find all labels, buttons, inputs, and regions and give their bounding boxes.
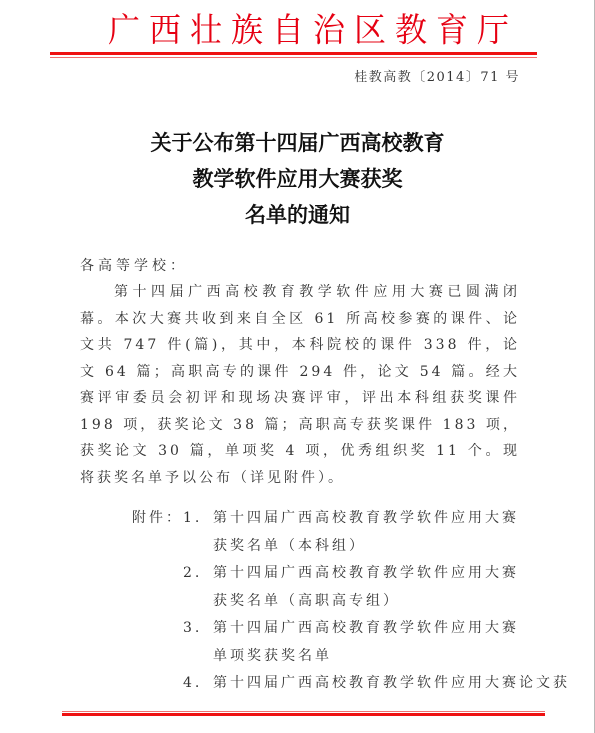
attachment-number: 1. [183, 505, 213, 560]
red-rule-thick [62, 713, 545, 716]
attachment-item: 3. 第十四届广西高校教育教学软件应用大赛单项奖获奖名单 [108, 615, 528, 670]
salutation: 各高等学校： [80, 253, 520, 280]
title-line: 名单的通知 [0, 197, 595, 233]
attachment-title: 第十四届广西高校教育教学软件应用大赛获奖名单（高职高专组） [213, 560, 528, 615]
attachment-number: 2. [183, 560, 213, 615]
attachment-number: 3. [183, 615, 213, 670]
attachment-item: 附件： 1. 第十四届广西高校教育教学软件应用大赛获奖名单（本科组） [108, 505, 528, 560]
title-line: 关于公布第十四届广西高校教育 [0, 125, 595, 161]
attachment-number: 4. [183, 670, 213, 698]
document-number: 桂教高教〔2014〕71 号 [354, 66, 520, 85]
attachment-item: 2. 第十四届广西高校教育教学软件应用大赛获奖名单（高职高专组） [108, 560, 528, 615]
attachments-list: 附件： 1. 第十四届广西高校教育教学软件应用大赛获奖名单（本科组） 2. 第十… [108, 505, 528, 698]
header-red-rule [50, 52, 537, 58]
organization-header: 广西壮族自治区教育厅 [108, 7, 488, 53]
footer-red-rule [62, 711, 545, 717]
attachment-title: 第十四届广西高校教育教学软件应用大赛获奖名单（本科组） [213, 505, 528, 560]
body-paragraph: 第十四届广西高校教育教学软件应用大赛已圆满闭幕。本次大赛共收到来自全区 61 所… [80, 279, 520, 491]
title-line: 教学软件应用大赛获奖 [0, 161, 595, 197]
attachment-indent [108, 670, 183, 698]
attachments-label: 附件： [108, 505, 183, 560]
attachment-item: 4. 第十四届广西高校教育教学软件应用大赛论文获 [108, 670, 528, 698]
attachment-indent [108, 615, 183, 670]
attachment-indent [108, 560, 183, 615]
document-title: 关于公布第十四届广西高校教育 教学软件应用大赛获奖 名单的通知 [0, 125, 595, 233]
attachment-title: 第十四届广西高校教育教学软件应用大赛论文获 [213, 670, 570, 698]
red-rule-thick [50, 52, 537, 55]
red-rule-thin [62, 711, 545, 712]
red-rule-thin [50, 57, 537, 58]
attachment-title: 第十四届广西高校教育教学软件应用大赛单项奖获奖名单 [213, 615, 528, 670]
